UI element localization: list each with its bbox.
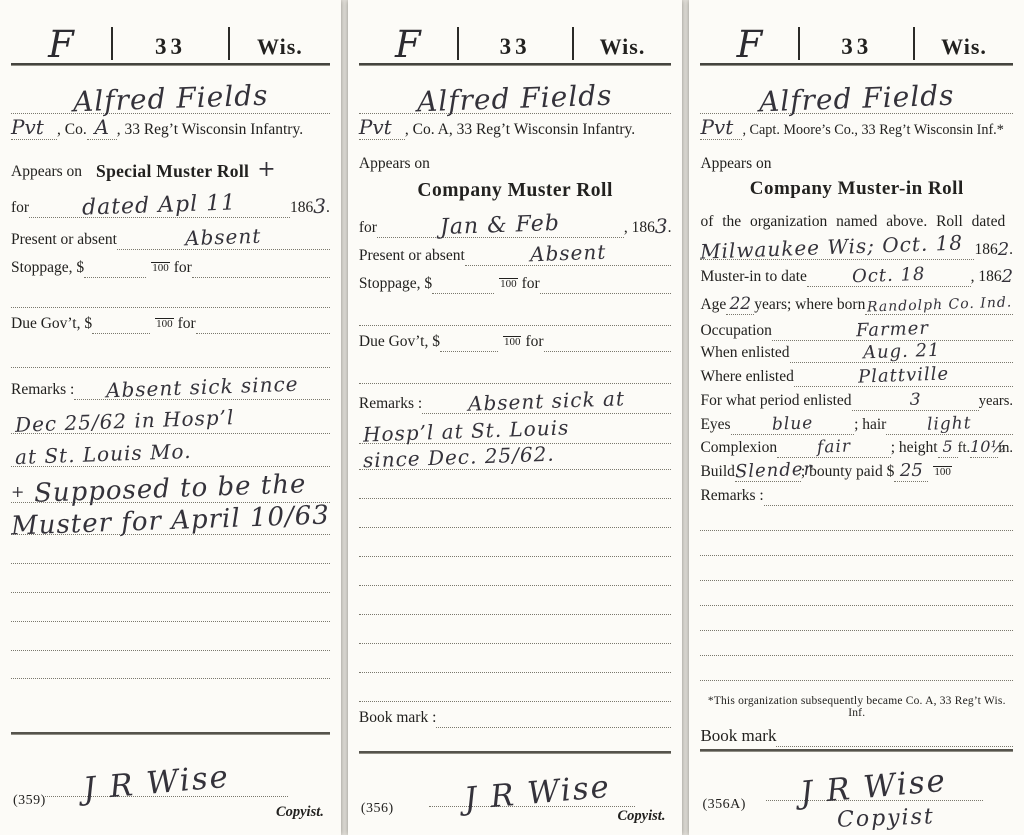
occupation-value: Farmer bbox=[856, 318, 930, 342]
rank-unit-row: Pvt , Co. A, 33 Reg’t Wisconsin Infantry… bbox=[359, 114, 672, 140]
copyist-handwritten: Copyist bbox=[837, 804, 936, 832]
card-number: (359) bbox=[13, 793, 46, 809]
eyes-label: Eyes bbox=[700, 416, 730, 435]
remarks-label: Remarks : bbox=[700, 487, 763, 506]
for-small-label: for bbox=[178, 315, 196, 334]
blank-dotted-line bbox=[700, 656, 1013, 681]
blank-dotted-line bbox=[11, 564, 330, 593]
stoppage-label: Stoppage, $ bbox=[11, 259, 84, 278]
muster-card-company: F 33 Wis. Alfred Fields Pvt , Co. A, 33 … bbox=[348, 0, 683, 835]
due-govt-label: Due Gov’t, $ bbox=[359, 333, 440, 352]
due-govt-row: Due Gov’t, $ 100 for bbox=[11, 308, 330, 334]
blank-dotted-line bbox=[700, 531, 1013, 556]
soldier-name: Alfred Fields bbox=[758, 79, 955, 119]
rank-value: Pvt bbox=[11, 115, 44, 139]
book-mark-row: Book mark : bbox=[359, 704, 672, 728]
roll-date-row: for dated Apl 11 1863. bbox=[11, 186, 330, 218]
period: . bbox=[326, 199, 330, 218]
present-absent-value: Absent bbox=[530, 240, 607, 267]
present-absent-row: Present or absent Absent bbox=[11, 220, 330, 250]
appears-on-label: Appears on bbox=[11, 163, 82, 182]
where-enlisted-row: Where enlisted Plattville bbox=[700, 363, 1013, 387]
complexion-label: Complexion bbox=[700, 439, 777, 458]
appears-on-label: Appears on bbox=[359, 155, 430, 174]
blank-dotted-line bbox=[700, 506, 1013, 531]
muster-in-date-row: Muster-in to date Oct. 18 , 1862 bbox=[700, 260, 1013, 287]
year-printed: , 186 bbox=[971, 268, 1002, 287]
year-printed: 186 bbox=[974, 241, 997, 260]
roll-date-row: for Jan & Feb , 1863. bbox=[359, 208, 672, 238]
muster-in-value: Oct. 18 bbox=[852, 264, 926, 288]
remarks-row: Remarks : bbox=[700, 482, 1013, 506]
where-enlisted-label: Where enlisted bbox=[700, 368, 793, 387]
period-enlisted-row: For what period enlisted 3 years. bbox=[700, 387, 1013, 411]
due-govt-row: Due Gov’t, $ 100 for bbox=[359, 326, 672, 352]
book-mark-row: Book mark bbox=[700, 725, 1013, 747]
double-rule bbox=[700, 63, 1013, 66]
years-label: years. bbox=[979, 393, 1013, 411]
period-value: 3 bbox=[910, 390, 921, 410]
born-value: Randolph Co. Ind. bbox=[866, 294, 1012, 315]
where-enlisted-value: Plattville bbox=[858, 363, 950, 387]
height-label: ; height bbox=[891, 439, 938, 458]
stoppage-label: Stoppage, $ bbox=[359, 275, 432, 294]
soldier-name: Alfred Fields bbox=[417, 79, 614, 119]
stoppage-row: Stoppage, $ 100 for bbox=[11, 252, 330, 278]
soldier-name-row: Alfred Fields bbox=[11, 79, 330, 114]
present-absent-label: Present or absent bbox=[359, 247, 465, 266]
copyist-signature: J R Wise bbox=[82, 759, 232, 808]
appears-on-row: Appears on bbox=[700, 150, 1013, 174]
regiment-number: 33 bbox=[113, 34, 228, 60]
card-header: F 33 Wis. bbox=[11, 15, 330, 60]
appears-on-row: Appears on Special Muster Roll + bbox=[11, 156, 330, 182]
rank-value: Pvt bbox=[700, 115, 733, 139]
blank-dotted-line bbox=[359, 615, 672, 644]
year-written: 2 bbox=[1002, 266, 1013, 287]
blank-dotted-line bbox=[11, 622, 330, 651]
blank-dotted-line bbox=[359, 557, 672, 586]
period-enlisted-label: For what period enlisted bbox=[700, 392, 851, 411]
year-written: 3 bbox=[313, 194, 326, 218]
appears-on-row: Appears on bbox=[359, 150, 672, 174]
card-number: (356) bbox=[361, 801, 394, 817]
when-enlisted-row: When enlisted Aug. 21 bbox=[700, 341, 1013, 363]
remarks-line: since Dec. 25/62. bbox=[363, 442, 555, 473]
year-printed: , 186 bbox=[624, 219, 655, 238]
blank-dotted-line bbox=[359, 644, 672, 673]
blank-dotted-line bbox=[700, 581, 1013, 606]
remarks-line: at St. Louis Mo. bbox=[15, 439, 192, 469]
roll-date-value: Jan & Feb bbox=[440, 211, 561, 240]
bounty-label: ; bounty paid $ bbox=[801, 463, 894, 482]
period: . bbox=[1009, 241, 1013, 260]
muster-card-muster-in: F 33 Wis. Alfred Fields Pvt , Capt. Moor… bbox=[689, 0, 1024, 835]
blank-dotted-line bbox=[359, 470, 672, 499]
card-header: F 33 Wis. bbox=[359, 15, 672, 60]
hair-value: light bbox=[927, 413, 972, 435]
cents-denominator: 100 bbox=[499, 278, 518, 290]
unit-text: , 33 Reg’t Wisconsin Infantry. bbox=[117, 121, 303, 140]
regiment-number: 33 bbox=[459, 34, 572, 60]
ft-label: ft. bbox=[958, 440, 970, 458]
remarks-label: Remarks : bbox=[11, 381, 74, 400]
copyist-label: Copyist. bbox=[618, 808, 666, 825]
regiment-number: 33 bbox=[800, 34, 913, 60]
due-govt-label: Due Gov’t, $ bbox=[11, 315, 92, 334]
when-enlisted-value: Aug. 21 bbox=[862, 340, 940, 364]
age-value: 22 bbox=[729, 294, 751, 314]
organization-footnote: *This organization subsequently became C… bbox=[700, 695, 1013, 719]
scanned-cards-page: F 33 Wis. Alfred Fields Pvt , Co. A , 33… bbox=[0, 0, 1024, 835]
blank-dotted-line bbox=[359, 586, 672, 615]
cents-denominator: 100 bbox=[503, 336, 522, 348]
height-ft-value: 5 bbox=[943, 437, 953, 456]
year-written: 3 bbox=[655, 214, 668, 238]
blank-dotted-line bbox=[359, 673, 672, 702]
for-small-label: for bbox=[522, 275, 540, 294]
blank-dotted-line bbox=[359, 294, 672, 326]
soldier-name-row: Alfred Fields bbox=[359, 79, 672, 114]
roll-dated-value: Milwaukee Wis; Oct. 18 bbox=[700, 230, 964, 263]
muster-in-label: Muster-in to date bbox=[700, 268, 806, 287]
unit-text: , Capt. Moore’s Co., 33 Reg’t Wisconsin … bbox=[742, 122, 1003, 140]
book-mark-label: Book mark bbox=[700, 726, 776, 747]
copyist-label: Copyist. bbox=[276, 804, 324, 821]
year-written: 2 bbox=[998, 239, 1009, 260]
card-number: (356A) bbox=[702, 797, 745, 813]
blank-dotted-line bbox=[11, 651, 330, 679]
blank-dotted-line bbox=[11, 334, 330, 368]
age-born-row: Age 22 years; where born Randolph Co. In… bbox=[700, 287, 1013, 315]
blank-dotted-line bbox=[359, 499, 672, 528]
card-header: F 33 Wis. bbox=[700, 15, 1013, 60]
organization-row: of the organization named above. Roll da… bbox=[700, 206, 1013, 232]
remarks-line: Dec 25/62 in Hosp’l bbox=[15, 405, 235, 437]
eyes-value: blue bbox=[771, 413, 813, 434]
period: . bbox=[668, 219, 672, 238]
remarks-row: since Dec. 25/62. bbox=[359, 444, 672, 470]
remarks-label: Remarks : bbox=[359, 395, 422, 414]
company-letter-handwritten: F bbox=[700, 29, 798, 60]
build-label: Build bbox=[700, 463, 734, 482]
state-abbrev: Wis. bbox=[915, 34, 1013, 60]
check-mark: + bbox=[257, 157, 275, 182]
blank-dotted-line bbox=[359, 528, 672, 557]
when-enlisted-label: When enlisted bbox=[700, 344, 789, 363]
remarks-line: Absent sick at bbox=[468, 386, 626, 415]
cents-denominator: 100 bbox=[155, 318, 174, 330]
for-label: for bbox=[11, 199, 29, 218]
double-rule bbox=[11, 63, 330, 66]
build-bounty-row: Build Slender ; bounty paid $ 25 100 bbox=[700, 458, 1013, 482]
rank-value: Pvt bbox=[359, 115, 392, 139]
blank-dotted-line bbox=[11, 278, 330, 308]
handwritten-note-row: + Supposed to be the bbox=[11, 467, 330, 503]
complexion-height-row: Complexion fair ; height 5 ft. 10½ in. bbox=[700, 435, 1013, 458]
card-footer: J R Wise Copyist (356A) bbox=[700, 752, 1013, 835]
company-letter-handwritten: F bbox=[359, 29, 457, 60]
rank-unit-row: Pvt , Capt. Moore’s Co., 33 Reg’t Wiscon… bbox=[700, 114, 1013, 140]
blank-dotted-line bbox=[359, 352, 672, 384]
stoppage-row: Stoppage, $ 100 for bbox=[359, 266, 672, 294]
unit-text: , Co. A, 33 Reg’t Wisconsin Infantry. bbox=[405, 121, 635, 140]
cents-denominator: 100 bbox=[151, 262, 170, 274]
complexion-value: fair bbox=[817, 436, 852, 457]
remarks-row: at St. Louis Mo. bbox=[11, 434, 330, 467]
book-mark-label: Book mark : bbox=[359, 709, 437, 728]
double-rule bbox=[359, 63, 672, 66]
age-label: Age bbox=[700, 296, 726, 315]
present-absent-row: Present or absent Absent bbox=[359, 238, 672, 266]
for-small-label: for bbox=[525, 333, 543, 352]
roll-title: Company Muster Roll bbox=[359, 180, 672, 208]
roll-title: Company Muster-in Roll bbox=[700, 178, 1013, 206]
company-value: A bbox=[94, 115, 108, 139]
note-mark: + bbox=[11, 482, 24, 501]
present-absent-label: Present or absent bbox=[11, 231, 117, 250]
for-small-label: for bbox=[174, 259, 192, 278]
soldier-name: Alfred Fields bbox=[72, 79, 269, 119]
company-label: , Co. bbox=[57, 121, 87, 140]
appears-on-label: Appears on bbox=[700, 155, 771, 174]
build-value: Slender bbox=[735, 459, 814, 483]
where-born-label: years; where born bbox=[754, 296, 865, 315]
state-abbrev: Wis. bbox=[230, 34, 330, 60]
card-footer: J R Wise (359) Copyist. bbox=[11, 735, 330, 835]
year-printed: 186 bbox=[290, 199, 313, 218]
occupation-row: Occupation Farmer bbox=[700, 315, 1013, 341]
present-absent-value: Absent bbox=[185, 224, 262, 251]
organization-text: of the organization named above. Roll da… bbox=[700, 213, 1005, 232]
remarks-row: Remarks : Absent sick since bbox=[11, 368, 330, 400]
blank-dotted-line bbox=[700, 556, 1013, 581]
hair-label: ; hair bbox=[854, 416, 886, 435]
roll-dated-row: Milwaukee Wis; Oct. 18 1862. bbox=[700, 232, 1013, 260]
muster-card-special: F 33 Wis. Alfred Fields Pvt , Co. A , 33… bbox=[0, 0, 341, 835]
bounty-value: 25 bbox=[900, 460, 923, 481]
roll-title: Special Muster Roll bbox=[96, 161, 249, 182]
remarks-row: Remarks : Absent sick at bbox=[359, 384, 672, 414]
for-label: for bbox=[359, 219, 377, 238]
eyes-hair-row: Eyes blue ; hair light bbox=[700, 411, 1013, 435]
state-abbrev: Wis. bbox=[574, 34, 672, 60]
blank-dotted-line bbox=[700, 606, 1013, 631]
company-letter-handwritten: F bbox=[11, 29, 111, 60]
card-footer: J R Wise (356) Copyist. bbox=[359, 754, 672, 835]
roll-date-value: dated Apl 11 bbox=[82, 190, 237, 220]
rank-unit-row: Pvt , Co. A , 33 Reg’t Wisconsin Infantr… bbox=[11, 114, 330, 140]
remarks-line: Absent sick since bbox=[105, 372, 298, 403]
soldier-name-row: Alfred Fields bbox=[700, 79, 1013, 114]
occupation-label: Occupation bbox=[700, 322, 771, 341]
remarks-row: Dec 25/62 in Hosp’l bbox=[11, 400, 330, 434]
blank-dotted-line bbox=[11, 593, 330, 622]
in-label: in. bbox=[998, 440, 1013, 458]
cents-denominator: 100 bbox=[933, 466, 952, 478]
copyist-signature: J R Wise bbox=[463, 769, 613, 818]
remarks-row: Hosp’l at St. Louis bbox=[359, 414, 672, 444]
blank-dotted-line bbox=[700, 631, 1013, 656]
